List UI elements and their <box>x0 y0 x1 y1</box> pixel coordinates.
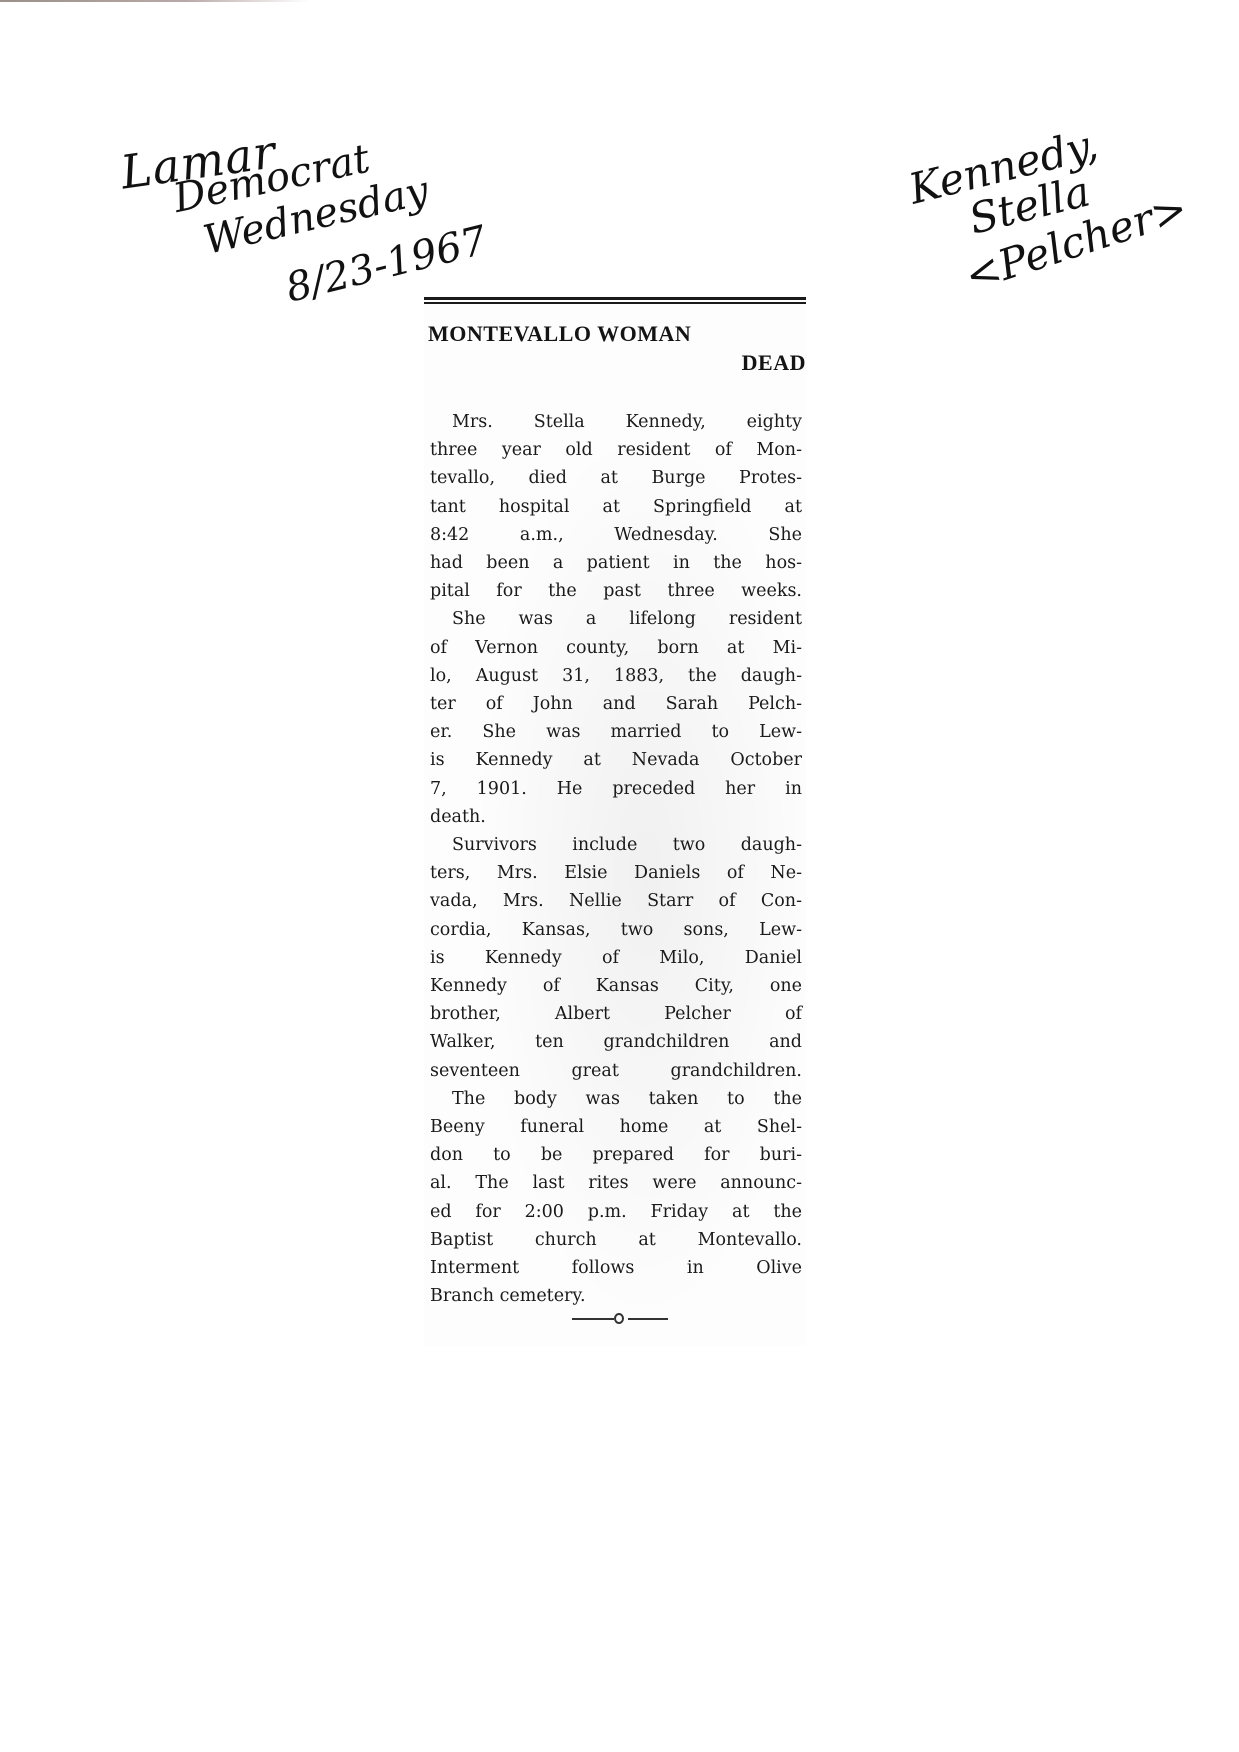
article-line: tevallo, died at Burge Protes- <box>430 464 802 492</box>
article-line: Branch cemetery. <box>430 1282 802 1310</box>
obituary-body: Mrs. Stella Kennedy, eightythree year ol… <box>430 408 802 1311</box>
headline-line-2: DEAD <box>428 349 806 377</box>
article-line: vada, Mrs. Nellie Starr of Con- <box>430 887 802 915</box>
scan-edge-line <box>0 0 310 2</box>
article-line: don to be prepared for buri- <box>430 1141 802 1169</box>
article-line: 8:42 a.m., Wednesday. She <box>430 521 802 549</box>
end-mark-left-bar <box>572 1318 614 1320</box>
end-of-article-mark <box>572 1312 672 1326</box>
article-line: Walker, ten grandchildren and <box>430 1028 802 1056</box>
article-line: brother, Albert Pelcher of <box>430 1000 802 1028</box>
newspaper-clipping: MONTEVALLO WOMAN DEAD Mrs. Stella Kenned… <box>424 296 806 1346</box>
article-line: The body was taken to the <box>430 1085 802 1113</box>
article-line: Interment follows in Olive <box>430 1254 802 1282</box>
end-mark-circle <box>614 1313 624 1324</box>
article-line: er. She was married to Lew- <box>430 718 802 746</box>
headline-double-rule <box>424 296 806 306</box>
article-line: is Kennedy of Milo, Daniel <box>430 944 802 972</box>
article-line: death. <box>430 803 802 831</box>
end-mark-right-bar <box>628 1318 668 1320</box>
article-line: of Vernon county, born at Mi- <box>430 634 802 662</box>
article-line: ed for 2:00 p.m. Friday at the <box>430 1198 802 1226</box>
article-line: is Kennedy at Nevada October <box>430 746 802 774</box>
article-line: Beeny funeral home at Shel- <box>430 1113 802 1141</box>
article-line: Mrs. Stella Kennedy, eighty <box>430 408 802 436</box>
article-line: al. The last rites were announc- <box>430 1169 802 1197</box>
article-line: three year old resident of Mon- <box>430 436 802 464</box>
article-line: pital for the past three weeks. <box>430 577 802 605</box>
article-line: lo, August 31, 1883, the daugh- <box>430 662 802 690</box>
article-line: Survivors include two daugh- <box>430 831 802 859</box>
article-line: had been a patient in the hos- <box>430 549 802 577</box>
article-line: 7, 1901. He preceded her in <box>430 775 802 803</box>
article-line: Baptist church at Montevallo. <box>430 1226 802 1254</box>
article-line: cordia, Kansas, two sons, Lew- <box>430 916 802 944</box>
article-line: ter of John and Sarah Pelch- <box>430 690 802 718</box>
headline: MONTEVALLO WOMAN DEAD <box>428 320 806 377</box>
article-line: tant hospital at Springfield at <box>430 493 802 521</box>
article-line: seventeen great grandchildren. <box>430 1057 802 1085</box>
article-line: She was a lifelong resident <box>430 605 802 633</box>
article-line: ters, Mrs. Elsie Daniels of Ne- <box>430 859 802 887</box>
headline-line-1: MONTEVALLO WOMAN <box>428 320 806 348</box>
article-line: Kennedy of Kansas City, one <box>430 972 802 1000</box>
